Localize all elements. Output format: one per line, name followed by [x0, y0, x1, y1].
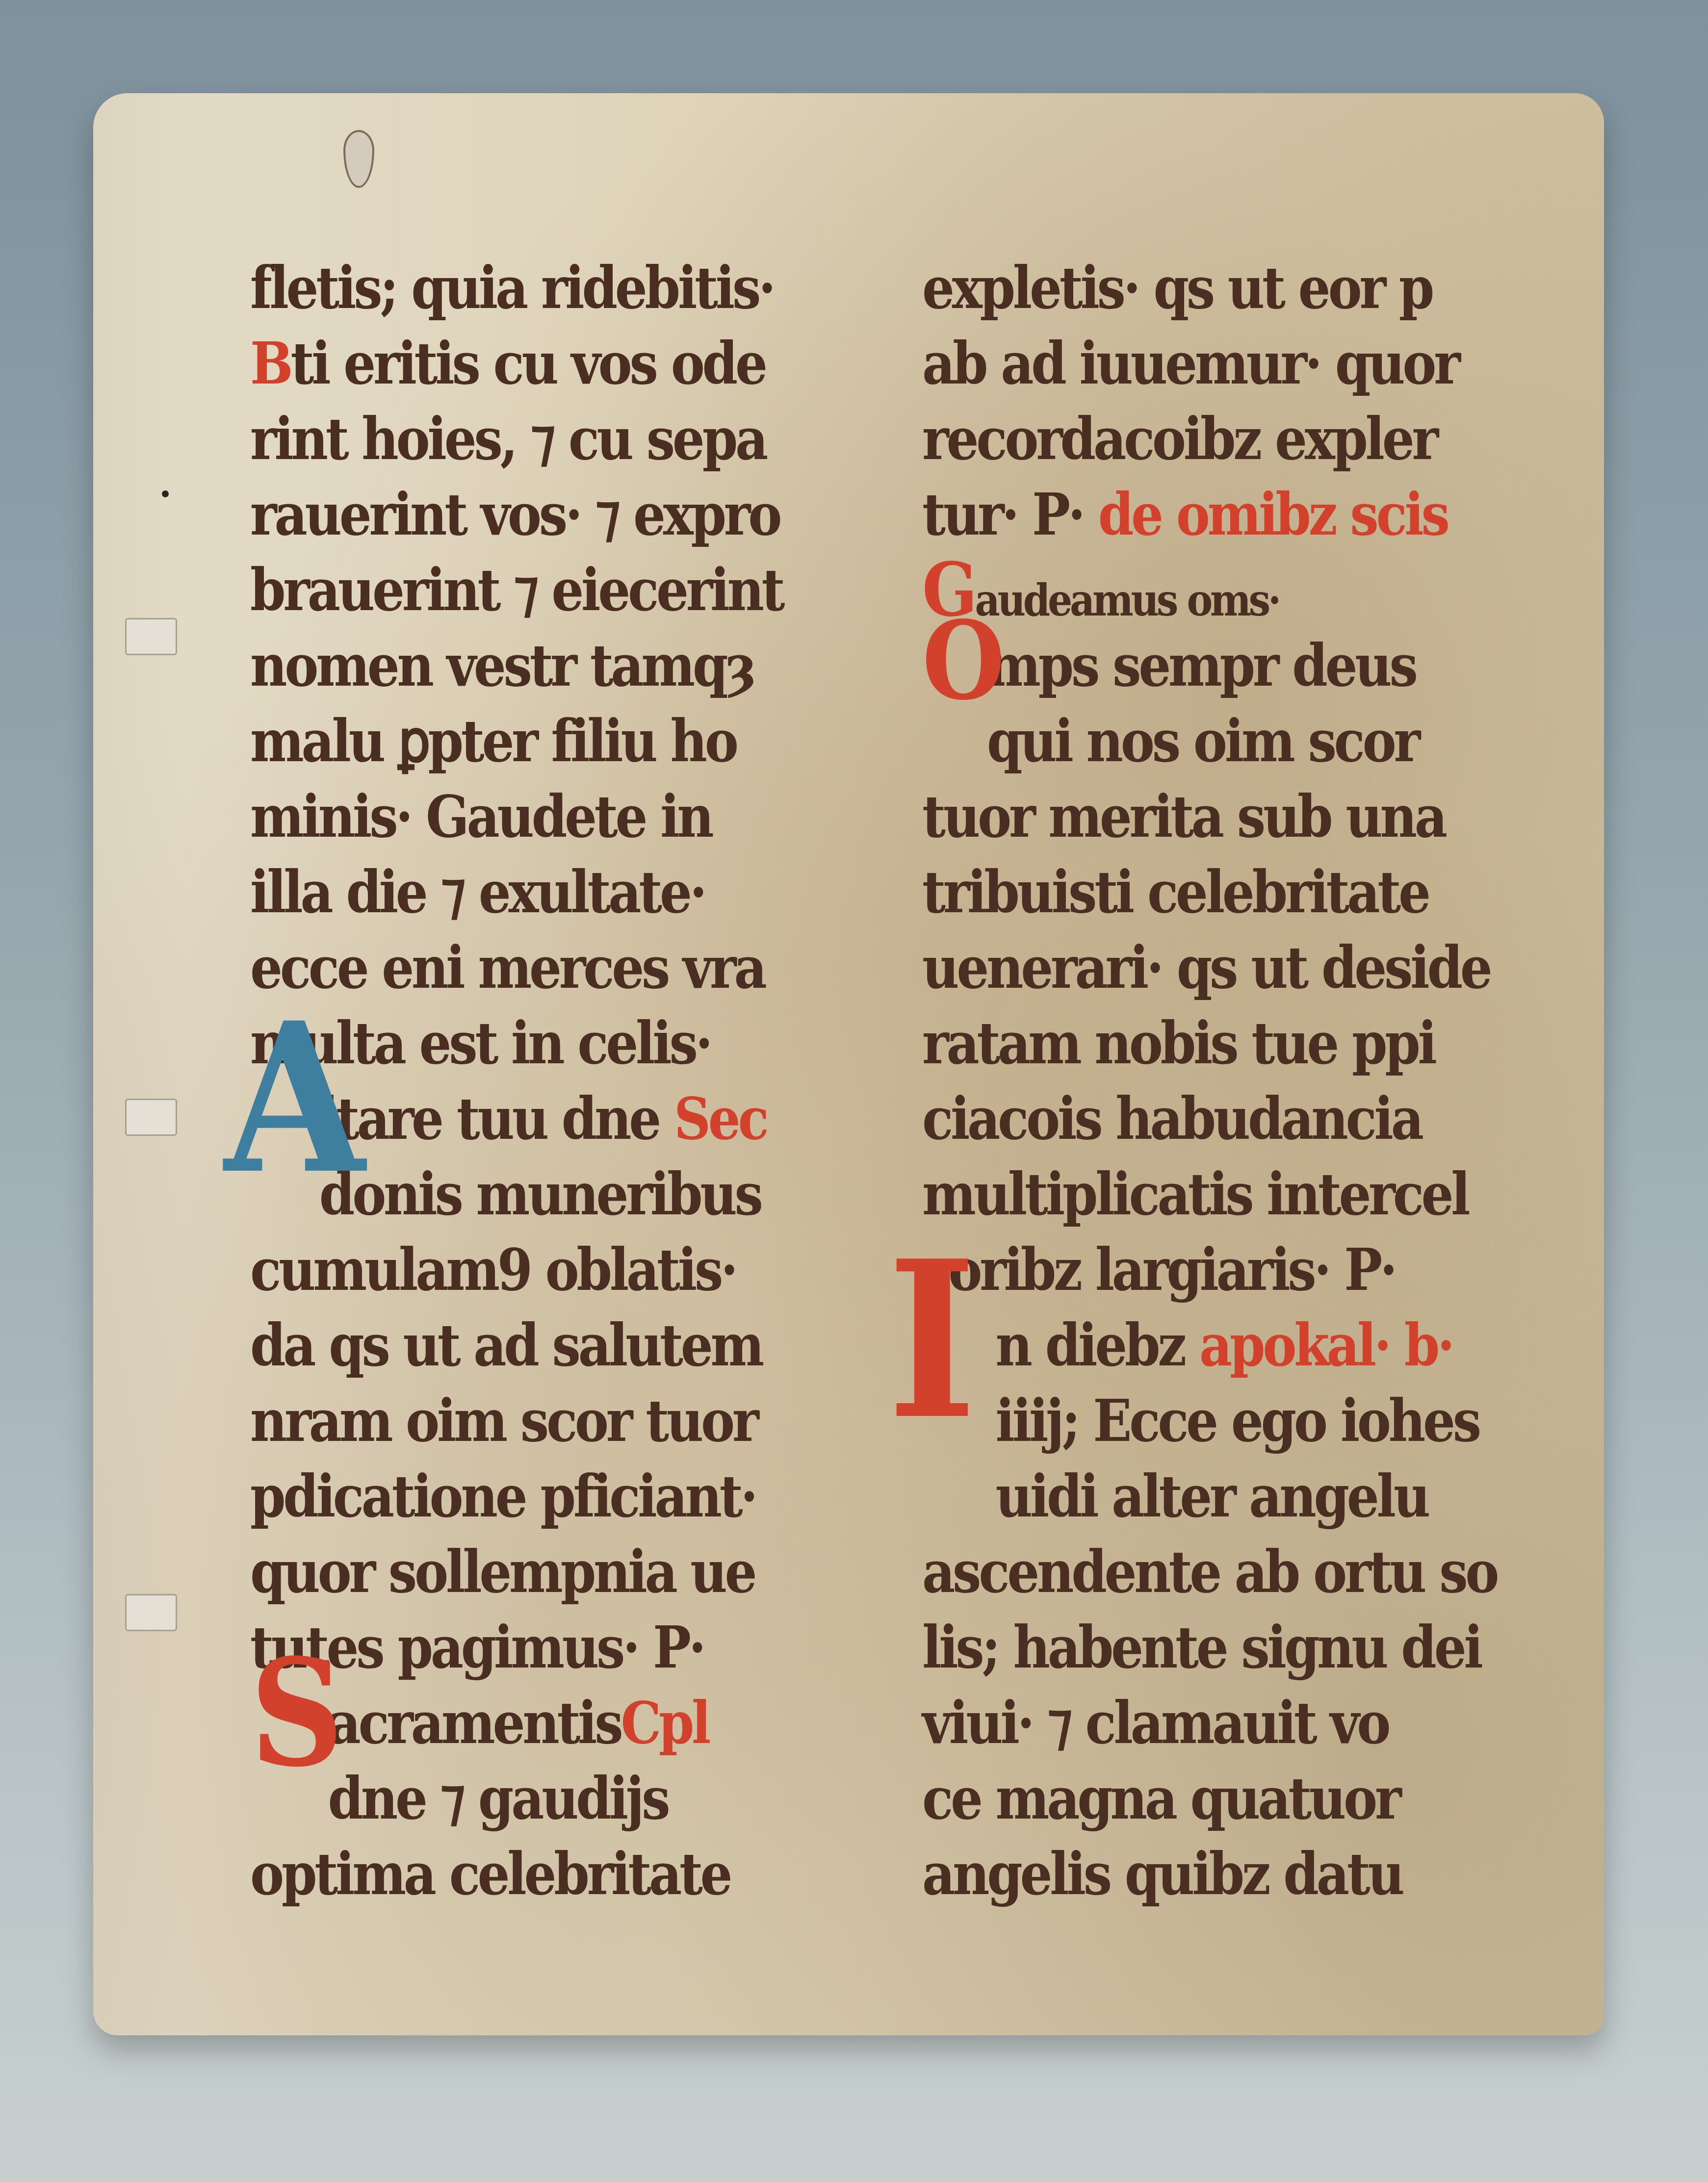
- text-line: tribuisti celebritate: [922, 854, 1497, 930]
- binding-tie: [125, 1594, 177, 1631]
- red-initial-letter: O: [922, 623, 1002, 698]
- text-line: nomen vestr tamqȝ: [250, 628, 782, 703]
- text-line: tuor merita sub una: [922, 779, 1497, 854]
- text-line: ratam nobis tue ppi: [922, 1005, 1497, 1081]
- text-line: fletis; quia ridebitis·: [250, 250, 782, 326]
- text-line: pdicatione pficiant·: [250, 1459, 782, 1534]
- text-line: soribz largiaris· P·: [922, 1232, 1497, 1308]
- text-line: In diebz apokal· b·: [922, 1308, 1497, 1383]
- text-line: tur· P· de omibz scis: [922, 477, 1497, 552]
- left-text-column: fletis; quia ridebitis· Bti eritis cu vo…: [250, 250, 782, 1912]
- text-line: cumulam9 oblatis·: [250, 1232, 782, 1308]
- text-line: Bti eritis cu vos ode: [250, 326, 782, 401]
- text-line: uenerari· qs ut deside: [922, 930, 1497, 1005]
- text-line: multiplicatis intercel: [922, 1156, 1497, 1232]
- text-line: illa die ⁊ exultate·: [250, 854, 782, 930]
- blue-initial-letter: A: [224, 1061, 362, 1137]
- rubric: apokal· b·: [1199, 1311, 1452, 1379]
- text-line: rauerint vos· ⁊ expro: [250, 477, 782, 552]
- text-line: Omps sempr deus: [922, 628, 1497, 703]
- red-initial-letter: I: [888, 1303, 974, 1378]
- binding-tie: [125, 1099, 177, 1136]
- text-line: ab ad iuuemur· quor: [922, 326, 1497, 401]
- text-line: ascendente ab ortu so: [922, 1534, 1497, 1610]
- text-line: angelis quibz datu: [922, 1836, 1497, 1912]
- red-initial-letter: S: [250, 1675, 341, 1751]
- text-line: optima celebritate: [250, 1836, 782, 1912]
- text-line: lis; habente signu dei: [922, 1610, 1497, 1685]
- text-line: malu ꝑpter filiu ho: [250, 703, 782, 779]
- text-line: ciacois habudancia: [922, 1081, 1497, 1156]
- binding-hole: [162, 490, 169, 497]
- text-line: Gaudeamus oms·: [922, 552, 1497, 628]
- text-line: quor sollempnia ue: [250, 1534, 782, 1610]
- text-line: iiij; Ecce ego iohes: [922, 1383, 1497, 1459]
- binding-tie: [125, 618, 177, 655]
- text-line: uidi alter angelu: [922, 1459, 1497, 1534]
- text-line: da qs ut ad salutem: [250, 1308, 782, 1383]
- text-line: Altare tuu dne Sec: [250, 1081, 782, 1156]
- text-line: expletis· qs ut eor p: [922, 250, 1497, 326]
- right-text-column: expletis· qs ut eor p ab ad iuuemur· quo…: [922, 250, 1497, 1912]
- text-line: rint hoies, ⁊ cu sepa: [250, 401, 782, 477]
- text-line: qui nos oim scor: [922, 703, 1497, 779]
- text-line: nram oim scor tuor: [250, 1383, 782, 1459]
- text-line: recordacoibz expler: [922, 401, 1497, 477]
- text-line: ce magna quatuor: [922, 1761, 1497, 1836]
- rubric: de omibz scis: [1098, 480, 1448, 548]
- text-line: viui· ⁊ clamauit vo: [922, 1685, 1497, 1761]
- text-line: minis· Gaudete in: [250, 779, 782, 854]
- text-line: SacramentisCpl: [250, 1685, 782, 1761]
- rubric: Sec: [674, 1084, 766, 1153]
- initial-letter: B: [250, 329, 291, 397]
- text-line: brauerint ⁊ eiecerint: [250, 552, 782, 628]
- rubric: Cpl: [621, 1689, 708, 1757]
